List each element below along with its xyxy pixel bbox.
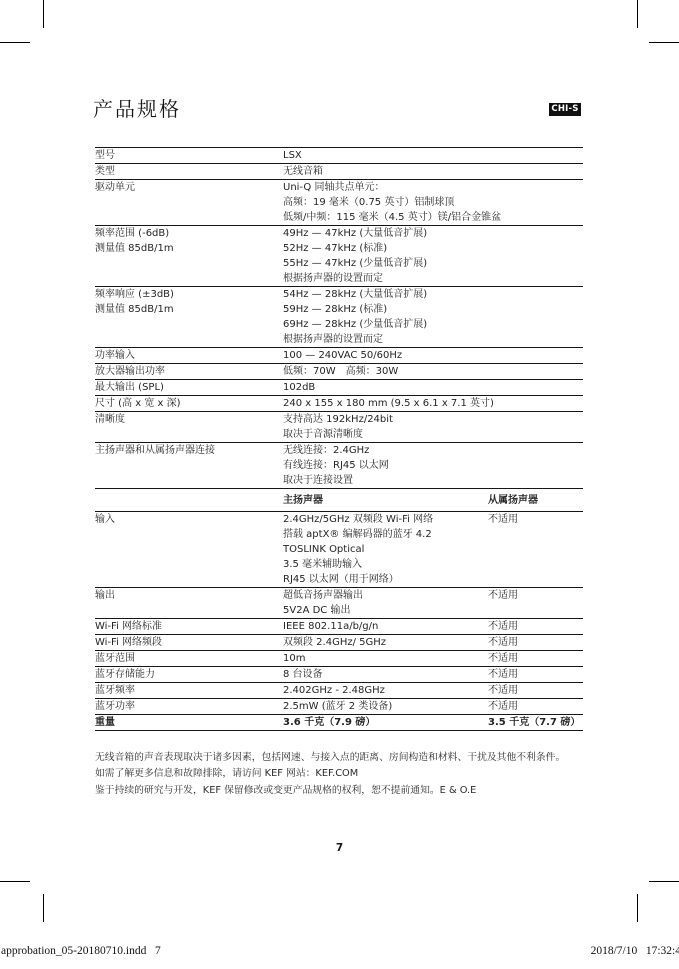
spec-label-cell: 重量	[95, 715, 283, 731]
spec-label-cell: 清晰度	[95, 412, 283, 443]
spec-cell-line: 最大输出 (SPL)	[95, 380, 283, 395]
spec-slave-cell	[488, 180, 583, 226]
spec-label-cell: 蓝牙频率	[95, 683, 283, 699]
spec-slave-cell: 不适用	[488, 588, 583, 619]
spec-cell-line: 有线连接：RJ45 以太网	[283, 458, 488, 473]
spec-cell-line: 69Hz — 28kHz (少量低音扩展)	[283, 317, 488, 332]
spec-main-cell: 无线连接：2.4GHz有线连接：RJ45 以太网取决于连接设置	[283, 443, 488, 489]
language-badge: CHI-S	[549, 103, 581, 116]
spec-cell-line: 蓝牙范围	[95, 651, 283, 666]
spec-cell-line: 搭载 aptX® 编解码器的蓝牙 4.2	[283, 527, 488, 542]
spec-main-cell: 2.402GHz - 2.48GHz	[283, 683, 488, 699]
spec-cell-line: LSX	[283, 148, 488, 163]
spec-slave-cell: 不适用	[488, 512, 583, 588]
spec-main-cell: 超低音扬声器输出5V2A DC 输出	[283, 588, 488, 619]
crop-mark-top-right-horizontal	[649, 42, 679, 43]
spec-cell-line: 不适用	[488, 619, 583, 634]
spec-cell-line: 54Hz — 28kHz (大量低音扩展)	[283, 287, 488, 302]
spec-cell-line: 49Hz — 47kHz (大量低音扩展)	[283, 226, 488, 241]
spec-main-cell: 102dB	[283, 380, 488, 396]
crop-mark-top-right-vertical	[637, 0, 638, 28]
print-slug-timestamp: 2018/7/10 17:32:4	[591, 945, 679, 957]
spec-label-cell: 最大输出 (SPL)	[95, 380, 283, 396]
spec-label-cell: 输入	[95, 512, 283, 588]
spec-cell-line: Uni-Q 同轴共点单元：	[283, 180, 488, 195]
crop-mark-top-left-horizontal	[0, 42, 30, 43]
spec-cell-line: 型号	[95, 148, 283, 163]
spec-slave-cell: 不适用	[488, 635, 583, 651]
crop-mark-bottom-right-vertical	[637, 894, 638, 922]
spec-cell-line: 根据扬声器的设置而定	[283, 332, 488, 347]
spec-cell-line: 放大器输出功率	[95, 364, 283, 379]
spec-row: 最大输出 (SPL)102dB	[95, 380, 583, 396]
spec-cell-line: 根据扬声器的设置而定	[283, 271, 488, 286]
spec-label-cell: 功率输入	[95, 348, 283, 364]
spec-cell-line: 2.4GHz/5GHz 双频段 Wi-Fi 网络	[283, 512, 488, 527]
spec-cell-line: 3.5 千克（7.7 磅）	[488, 715, 583, 730]
spec-row: 蓝牙范围10m不适用	[95, 651, 583, 667]
spec-cell-line: 功率输入	[95, 348, 283, 363]
spec-cell-line: 重量	[95, 715, 283, 730]
spec-row: Wi-Fi 网络标准IEEE 802.11a/b/g/n不适用	[95, 619, 583, 635]
spec-cell-line: 取决于音源清晰度	[283, 427, 488, 442]
spec-cell-line: IEEE 802.11a/b/g/n	[283, 619, 488, 634]
crop-mark-bottom-left-vertical	[43, 894, 44, 922]
spec-label-cell: 类型	[95, 164, 283, 180]
spec-slave-cell: 不适用	[488, 683, 583, 699]
spec-main-cell: 3.6 千克（7.9 磅）	[283, 715, 488, 731]
spec-cell-line: TOSLINK Optical	[283, 542, 488, 557]
spec-label-cell: Wi-Fi 网络标准	[95, 619, 283, 635]
spec-row: 驱动单元Uni-Q 同轴共点单元：高频：19 毫米（0.75 英寸）铝制球顶低频…	[95, 180, 583, 226]
spec-row: 输出超低音扬声器输出5V2A DC 输出不适用	[95, 588, 583, 619]
spec-row: 蓝牙存储能力8 台设备不适用	[95, 667, 583, 683]
spec-slave-cell	[488, 380, 583, 396]
spec-slave-cell: 不适用	[488, 667, 583, 683]
spec-cell-line: 2.5mW (蓝牙 2 类设备)	[283, 699, 488, 714]
spec-slave-cell	[488, 412, 583, 443]
spec-slave-cell	[488, 287, 583, 348]
spec-main-cell: 8 台设备	[283, 667, 488, 683]
spec-main-cell: 2.5mW (蓝牙 2 类设备)	[283, 699, 488, 715]
spec-row: 蓝牙频率2.402GHz - 2.48GHz不适用	[95, 683, 583, 699]
spec-slave-cell	[488, 443, 583, 489]
spec-main-cell: 无线音箱	[283, 164, 488, 180]
spec-cell-line: 从属扬声器	[488, 493, 583, 508]
spec-cell-line: 高频：19 毫米（0.75 英寸）铝制球顶	[283, 195, 488, 210]
spec-slave-cell	[488, 364, 583, 380]
spec-main-cell: 支持高达 192kHz/24bit取决于音源清晰度	[283, 412, 488, 443]
page-title: 产品规格	[93, 93, 181, 122]
spec-header-row: 主扬声器从属扬声器	[95, 489, 583, 512]
page-number: 7	[0, 842, 679, 854]
spec-slave-cell	[488, 396, 583, 412]
spec-table-body: 型号LSX类型无线音箱驱动单元Uni-Q 同轴共点单元：高频：19 毫米（0.7…	[95, 148, 583, 731]
spec-slave-cell: 从属扬声器	[488, 489, 583, 512]
spec-cell-line: 100 — 240VAC 50/60Hz	[283, 348, 488, 363]
spec-cell-line: Wi-Fi 网络标准	[95, 619, 283, 634]
spec-slave-cell	[488, 164, 583, 180]
spec-row: 型号LSX	[95, 148, 583, 164]
spec-row: 输入2.4GHz/5GHz 双频段 Wi-Fi 网络搭载 aptX® 编解码器的…	[95, 512, 583, 588]
spec-cell-line: 不适用	[488, 699, 583, 714]
spec-cell-line: RJ45 以太网（用于网络）	[283, 572, 488, 587]
spec-cell-line: 102dB	[283, 380, 488, 395]
spec-label-cell	[95, 489, 283, 512]
spec-cell-line: 不适用	[488, 683, 583, 698]
spec-row: 蓝牙功率2.5mW (蓝牙 2 类设备)不适用	[95, 699, 583, 715]
spec-cell-line: 5V2A DC 输出	[283, 603, 488, 618]
spec-cell-line: 不适用	[488, 512, 583, 527]
spec-slave-cell: 3.5 千克（7.7 磅）	[488, 715, 583, 731]
print-slug-filename: approbation_05-20180710.indd 7	[1, 945, 161, 957]
spec-cell-line: 59Hz — 28kHz (标准)	[283, 302, 488, 317]
spec-cell-line: 主扬声器	[283, 493, 488, 508]
spec-main-cell: 49Hz — 47kHz (大量低音扩展)52Hz — 47kHz (标准)55…	[283, 226, 488, 287]
crop-mark-bottom-left-horizontal	[0, 881, 30, 882]
spec-cell-line: 10m	[283, 651, 488, 666]
spec-cell-line: 3.5 毫米辅助输入	[283, 557, 488, 572]
spec-label-cell: 蓝牙范围	[95, 651, 283, 667]
spec-label-cell: 型号	[95, 148, 283, 164]
spec-slave-cell: 不适用	[488, 651, 583, 667]
spec-cell-line: 驱动单元	[95, 180, 283, 195]
spec-row: 清晰度支持高达 192kHz/24bit取决于音源清晰度	[95, 412, 583, 443]
spec-row: 尺寸 (高 x 宽 x 深)240 x 155 x 180 mm (9.5 x …	[95, 396, 583, 412]
footnote-line: 无线音箱的声音表现取决于诸多因素，包括网速、与接入点的距离、房间构造和材料、干扰…	[95, 750, 587, 766]
spec-row: 功率输入100 — 240VAC 50/60Hz	[95, 348, 583, 364]
spec-label-cell: 蓝牙存储能力	[95, 667, 283, 683]
spec-cell-line: 低频：70W 高频：30W	[283, 364, 488, 379]
spec-cell-line: 55Hz — 47kHz (少量低音扩展)	[283, 256, 488, 271]
spec-main-cell: 240 x 155 x 180 mm (9.5 x 6.1 x 7.1 英寸)	[283, 396, 488, 412]
spec-main-cell: 主扬声器	[283, 489, 488, 512]
spec-cell-line: 输入	[95, 512, 283, 527]
spec-label-cell: 频率范围 (-6dB)测量值 85dB/1m	[95, 226, 283, 287]
spec-cell-line: 测量值 85dB/1m	[95, 302, 283, 317]
spec-cell-line: 不适用	[488, 667, 583, 682]
spec-cell-line: 蓝牙存储能力	[95, 667, 283, 682]
spec-label-cell: 频率响应 (±3dB)测量值 85dB/1m	[95, 287, 283, 348]
crop-mark-top-left-vertical	[43, 0, 44, 28]
spec-cell-line: 不适用	[488, 588, 583, 603]
spec-main-cell: 2.4GHz/5GHz 双频段 Wi-Fi 网络搭载 aptX® 编解码器的蓝牙…	[283, 512, 488, 588]
spec-cell-line: 取决于连接设置	[283, 473, 488, 488]
spec-label-cell: 尺寸 (高 x 宽 x 深)	[95, 396, 283, 412]
spec-label-cell: Wi-Fi 网络频段	[95, 635, 283, 651]
spec-main-cell: IEEE 802.11a/b/g/n	[283, 619, 488, 635]
document-page: 产品规格 CHI-S 型号LSX类型无线音箱驱动单元Uni-Q 同轴共点单元：高…	[0, 0, 679, 969]
spec-main-cell: 低频：70W 高频：30W	[283, 364, 488, 380]
spec-cell-line: Wi-Fi 网络频段	[95, 635, 283, 650]
spec-slave-cell	[488, 348, 583, 364]
spec-row: 频率响应 (±3dB)测量值 85dB/1m54Hz — 28kHz (大量低音…	[95, 287, 583, 348]
spec-label-cell: 主扬声器和从属扬声器连接	[95, 443, 283, 489]
spec-cell-line: 输出	[95, 588, 283, 603]
spec-cell-line: 52Hz — 47kHz (标准)	[283, 241, 488, 256]
spec-cell-line: 不适用	[488, 635, 583, 650]
spec-slave-cell	[488, 226, 583, 287]
spec-cell-line: 蓝牙频率	[95, 683, 283, 698]
spec-row: 重量3.6 千克（7.9 磅）3.5 千克（7.7 磅）	[95, 715, 583, 731]
spec-slave-cell	[488, 148, 583, 164]
spec-cell-line: 频率响应 (±3dB)	[95, 287, 283, 302]
spec-row: 主扬声器和从属扬声器连接无线连接：2.4GHz有线连接：RJ45 以太网取决于连…	[95, 443, 583, 489]
spec-label-cell: 驱动单元	[95, 180, 283, 226]
crop-mark-bottom-right-horizontal	[649, 881, 679, 882]
spec-cell-line: 测量值 85dB/1m	[95, 241, 283, 256]
spec-main-cell: 双频段 2.4GHz/ 5GHz	[283, 635, 488, 651]
spec-row: 放大器输出功率低频：70W 高频：30W	[95, 364, 583, 380]
spec-table: 型号LSX类型无线音箱驱动单元Uni-Q 同轴共点单元：高频：19 毫米（0.7…	[95, 147, 583, 731]
spec-cell-line: 3.6 千克（7.9 磅）	[283, 715, 488, 730]
spec-slave-cell: 不适用	[488, 699, 583, 715]
spec-label-cell: 蓝牙功率	[95, 699, 283, 715]
spec-cell-line: 蓝牙功率	[95, 699, 283, 714]
footnote-line: 如需了解更多信息和故障排除，请访问 KEF 网站：KEF.COM	[95, 766, 587, 782]
footnote-line: 鉴于持续的研究与开发，KEF 保留修改或变更产品规格的权利，恕不提前通知。E &…	[95, 783, 587, 799]
spec-main-cell: 10m	[283, 651, 488, 667]
spec-cell-line: 240 x 155 x 180 mm (9.5 x 6.1 x 7.1 英寸)	[283, 396, 488, 411]
footnote: 无线音箱的声音表现取决于诸多因素，包括网速、与接入点的距离、房间构造和材料、干扰…	[95, 750, 587, 799]
spec-cell-line: 2.402GHz - 2.48GHz	[283, 683, 488, 698]
spec-main-cell: Uni-Q 同轴共点单元：高频：19 毫米（0.75 英寸）铝制球顶低频/中频：…	[283, 180, 488, 226]
spec-cell-line: 无线音箱	[283, 164, 488, 179]
spec-cell-line: 支持高达 192kHz/24bit	[283, 412, 488, 427]
spec-slave-cell: 不适用	[488, 619, 583, 635]
spec-cell-line: 不适用	[488, 651, 583, 666]
spec-row: 类型无线音箱	[95, 164, 583, 180]
spec-row: Wi-Fi 网络频段双频段 2.4GHz/ 5GHz不适用	[95, 635, 583, 651]
spec-cell-line: 频率范围 (-6dB)	[95, 226, 283, 241]
spec-cell-line: 超低音扬声器输出	[283, 588, 488, 603]
spec-cell-line: 无线连接：2.4GHz	[283, 443, 488, 458]
spec-cell-line: 主扬声器和从属扬声器连接	[95, 443, 283, 458]
spec-main-cell: LSX	[283, 148, 488, 164]
spec-cell-line: 低频/中频：115 毫米（4.5 英寸）镁/铝合金锥盆	[283, 210, 488, 225]
spec-cell-line: 尺寸 (高 x 宽 x 深)	[95, 396, 283, 411]
spec-row: 频率范围 (-6dB)测量值 85dB/1m49Hz — 47kHz (大量低音…	[95, 226, 583, 287]
spec-label-cell: 输出	[95, 588, 283, 619]
spec-cell-line: 双频段 2.4GHz/ 5GHz	[283, 635, 488, 650]
spec-cell-line: 清晰度	[95, 412, 283, 427]
spec-label-cell: 放大器输出功率	[95, 364, 283, 380]
spec-main-cell: 54Hz — 28kHz (大量低音扩展)59Hz — 28kHz (标准)69…	[283, 287, 488, 348]
spec-cell-line: 类型	[95, 164, 283, 179]
spec-cell-line: 8 台设备	[283, 667, 488, 682]
spec-main-cell: 100 — 240VAC 50/60Hz	[283, 348, 488, 364]
